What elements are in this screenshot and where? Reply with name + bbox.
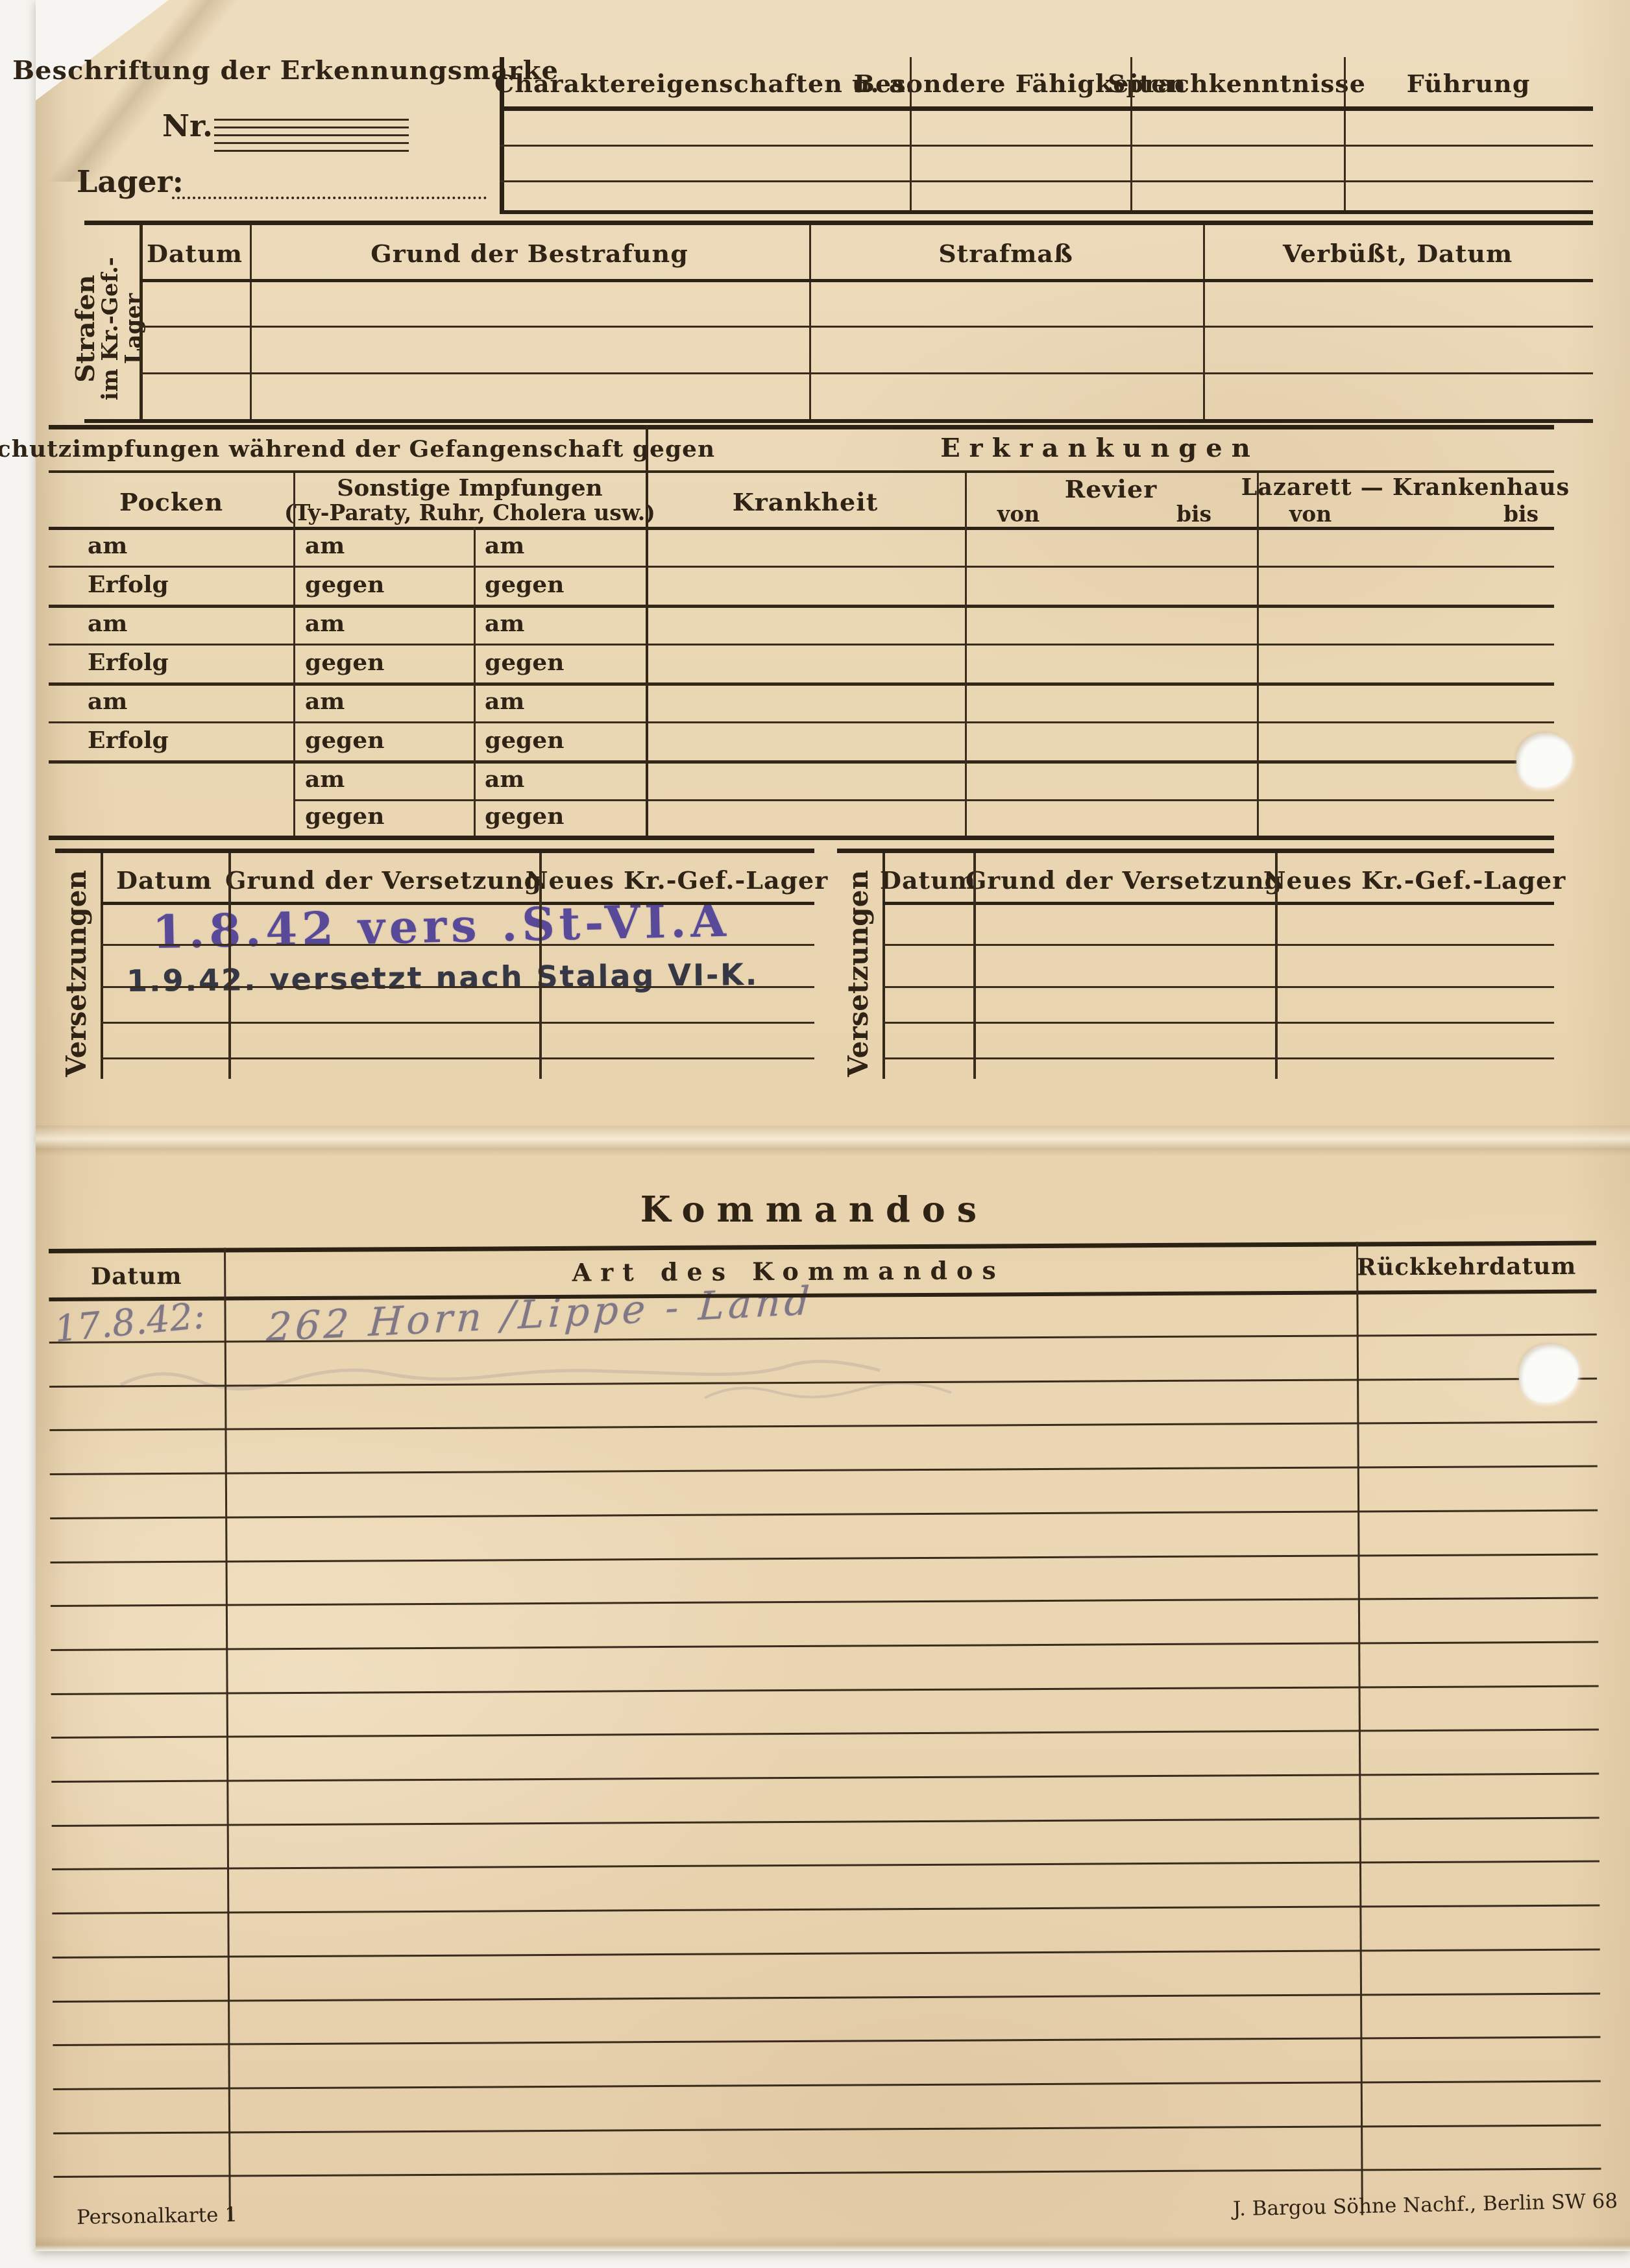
rule-line xyxy=(882,986,1554,988)
rule-line xyxy=(51,1597,1598,1607)
versetzungen-left-side-label: Versetzungen xyxy=(60,870,92,1078)
sonstige2-row2: gegen xyxy=(485,571,564,598)
impfungen-header: Schutzimpfungen während der Gefangenscha… xyxy=(0,435,715,463)
rule-line xyxy=(53,1948,1600,1958)
rule-line xyxy=(52,1904,1600,1914)
pocken-row5: am xyxy=(88,688,127,715)
erkennungsmarke-block: Beschriftung der Erkennungsmarke Nr. Lag… xyxy=(65,55,506,211)
rule-line xyxy=(809,225,811,420)
rule-line xyxy=(214,142,409,144)
rule-line xyxy=(49,566,1554,568)
revier-bis: bis xyxy=(1176,501,1211,527)
rule-line xyxy=(49,1421,1597,1431)
rule-line xyxy=(214,134,409,136)
col-fuehrung: Führung xyxy=(1407,69,1530,98)
strafen-side-label-line2: im Kr.-Gef.-Lager xyxy=(99,232,145,426)
lager-label: Lager: xyxy=(77,164,184,199)
rule-line xyxy=(50,1510,1598,1519)
sonstige1-row7: am xyxy=(305,766,345,793)
rule-line xyxy=(140,372,1593,374)
rule-line xyxy=(49,605,1554,608)
versetzungen-right-side-label: Versetzungen xyxy=(842,870,874,1078)
versetzungen-left-col-neues: Neues Kr.-Gef.-Lager xyxy=(526,865,829,895)
rule-line xyxy=(101,944,814,946)
rule-line xyxy=(51,1641,1598,1651)
versetzungen-left-col-grund: Grund der Versetzung xyxy=(225,865,542,895)
sonstige1-row1: am xyxy=(305,532,345,559)
col-charaktereigenschaften: Charaktereigenschaften u. a. xyxy=(494,69,915,98)
rule-line xyxy=(646,425,648,836)
strafen-col-verbuesst: Verbüßt, Datum xyxy=(1283,239,1513,268)
col-sonstige-line1: Sonstige Impfungen xyxy=(337,474,603,501)
rule-line xyxy=(539,853,542,1079)
sonstige2-row1: am xyxy=(485,532,524,559)
sonstige2-row6: gegen xyxy=(485,727,564,754)
kommandos-table: Datum Art des Kommandos Rückkehrdatum 17… xyxy=(49,1241,1601,2228)
rule-line xyxy=(1275,853,1278,1079)
sonstige2-row3: am xyxy=(485,610,524,637)
versetzungen-table-right: Versetzungen Datum Grund der Versetzung … xyxy=(837,849,1554,1085)
rule-line xyxy=(1356,1242,1363,2215)
lazarett-von: von xyxy=(1289,501,1332,527)
versetzungen-table-left: Versetzungen Datum Grund der Versetzung … xyxy=(55,849,814,1085)
sonstige2-row4: gegen xyxy=(485,649,564,676)
rule-line xyxy=(49,721,1554,723)
col-lazarett: Lazarett — Krankenhaus xyxy=(1241,474,1570,501)
rule-line xyxy=(882,853,885,1079)
pocken-row4: Erfolg xyxy=(88,649,169,676)
sonstige2-row5: am xyxy=(485,688,524,715)
rule-line xyxy=(1257,473,1259,836)
col-revier: Revier xyxy=(1065,474,1157,503)
versetzungen-right-col-neues: Neues Kr.-Gef.-Lager xyxy=(1263,865,1566,895)
rule-line xyxy=(53,2124,1601,2134)
rule-line xyxy=(965,473,967,836)
rule-line xyxy=(293,473,295,836)
rule-line xyxy=(973,853,976,1079)
rule-line xyxy=(1344,57,1346,214)
kommandos-title: Kommandos xyxy=(640,1188,988,1230)
erased-pencil-marks xyxy=(108,1340,1121,1410)
rule-line xyxy=(214,119,409,121)
rule-line xyxy=(101,853,103,1079)
strafen-col-grund: Grund der Bestrafung xyxy=(371,239,688,268)
pocken-row1: am xyxy=(88,532,127,559)
rule-line xyxy=(53,2167,1601,2177)
lager-dotted-line xyxy=(172,165,487,199)
rule-line xyxy=(49,760,1554,764)
rule-line xyxy=(51,1554,1598,1563)
fold-crease xyxy=(36,1126,1630,1155)
sonstige1-row3: am xyxy=(305,610,345,637)
rule-line xyxy=(140,326,1593,328)
rule-line xyxy=(52,1817,1600,1827)
rule-line xyxy=(50,1466,1598,1475)
strafen-table: Strafen im Kr.-Gef.-Lager Datum Grund de… xyxy=(84,221,1593,423)
rule-line xyxy=(49,470,1554,473)
rule-line xyxy=(140,279,1593,282)
erkrankungen-header: Erkrankungen xyxy=(940,433,1259,463)
strafen-side-label: Strafen im Kr.-Gef.-Lager xyxy=(72,232,145,426)
lazarett-bis: bis xyxy=(1503,501,1539,527)
rule-line xyxy=(1130,57,1132,214)
rule-line xyxy=(882,944,1554,946)
rule-line xyxy=(500,57,504,214)
rule-line xyxy=(49,836,1554,840)
rule-line xyxy=(55,849,814,853)
rule-line xyxy=(837,849,1554,853)
sonstige1-row6: gegen xyxy=(305,727,384,754)
torn-bottom-edge xyxy=(36,2236,1630,2251)
versetzungen-right-col-datum: Datum xyxy=(880,865,976,895)
sonstige1-row2: gegen xyxy=(305,571,384,598)
sonstige2-row7: am xyxy=(485,766,524,793)
rule-line xyxy=(49,644,1554,645)
sonstige1-row5: am xyxy=(305,688,345,715)
col-sprachkenntnisse: Sprachkenntnisse xyxy=(1108,69,1366,98)
rule-line xyxy=(101,902,814,905)
rule-line xyxy=(228,853,231,1079)
rule-line xyxy=(53,2036,1600,2045)
transfer-stamp-1942: 1.9.42. versetzt nach Stalag VI-K. xyxy=(127,957,759,998)
col-sonstige-line2: (Ty-Paraty, Ruhr, Cholera usw.) xyxy=(284,500,655,525)
rule-line xyxy=(882,1022,1554,1024)
rule-line xyxy=(101,1022,814,1024)
impfungen-erkrankungen-table: Schutzimpfungen während der Gefangenscha… xyxy=(49,425,1554,840)
strafen-side-label-line1: Strafen xyxy=(72,232,99,426)
rule-line xyxy=(101,986,814,988)
rule-line xyxy=(51,1685,1599,1695)
nr-label: Nr. xyxy=(162,108,213,143)
rule-line xyxy=(49,527,1554,530)
rule-line xyxy=(49,682,1554,686)
rule-line xyxy=(214,127,409,128)
rule-line xyxy=(500,180,1593,182)
kommandos-col-rueckkehrdatum: Rückkehrdatum xyxy=(1357,1253,1577,1281)
rule-line xyxy=(49,1290,1596,1301)
rule-line xyxy=(49,425,1554,429)
pocken-row3: am xyxy=(88,610,127,637)
sonstige1-row8: gegen xyxy=(305,802,384,830)
rule-line xyxy=(500,106,1593,111)
rule-line xyxy=(214,150,409,152)
rule-line xyxy=(51,1773,1599,1783)
sonstige1-row4: gegen xyxy=(305,649,384,676)
sonstige2-row8: gegen xyxy=(485,802,564,830)
kommandos-col-datum: Datum xyxy=(91,1262,182,1290)
rule-line xyxy=(53,2080,1601,2090)
col-krankheit: Krankheit xyxy=(733,487,878,516)
rule-line xyxy=(250,225,252,420)
versetzungen-left-col-datum: Datum xyxy=(116,865,212,895)
erkennungsmarke-title: Beschriftung der Erkennungsmarke xyxy=(12,55,559,86)
rule-line xyxy=(84,221,1593,225)
scanned-pow-personalkarte: { "page": { "footer_left": "Personalkart… xyxy=(0,0,1630,2268)
revier-von: von xyxy=(997,501,1040,527)
characteristics-table: Charaktereigenschaften u. a. Besondere F… xyxy=(500,57,1593,214)
col-pocken: Pocken xyxy=(119,487,223,516)
rule-line xyxy=(1203,225,1205,420)
rule-line xyxy=(51,1729,1599,1739)
rule-line xyxy=(474,527,476,836)
rule-line xyxy=(293,799,1554,801)
rule-line xyxy=(52,1860,1600,1870)
pocken-row6: Erfolg xyxy=(88,727,169,754)
rule-line xyxy=(500,145,1593,147)
rule-line xyxy=(84,419,1593,423)
rule-line xyxy=(882,902,1554,905)
strafen-col-strafmass: Strafmaß xyxy=(938,239,1073,268)
versetzungen-right-col-grund: Grund der Versetzung xyxy=(966,865,1282,895)
rule-line xyxy=(910,57,912,214)
strafen-col-datum: Datum xyxy=(147,239,243,268)
rule-line xyxy=(53,1992,1600,2002)
pocken-row2: Erfolg xyxy=(88,571,169,598)
rule-line xyxy=(882,1057,1554,1059)
rule-line xyxy=(500,210,1593,214)
form-name: Personalkarte 1 xyxy=(77,2203,238,2229)
rule-line xyxy=(140,225,143,420)
rule-line xyxy=(101,1057,814,1059)
